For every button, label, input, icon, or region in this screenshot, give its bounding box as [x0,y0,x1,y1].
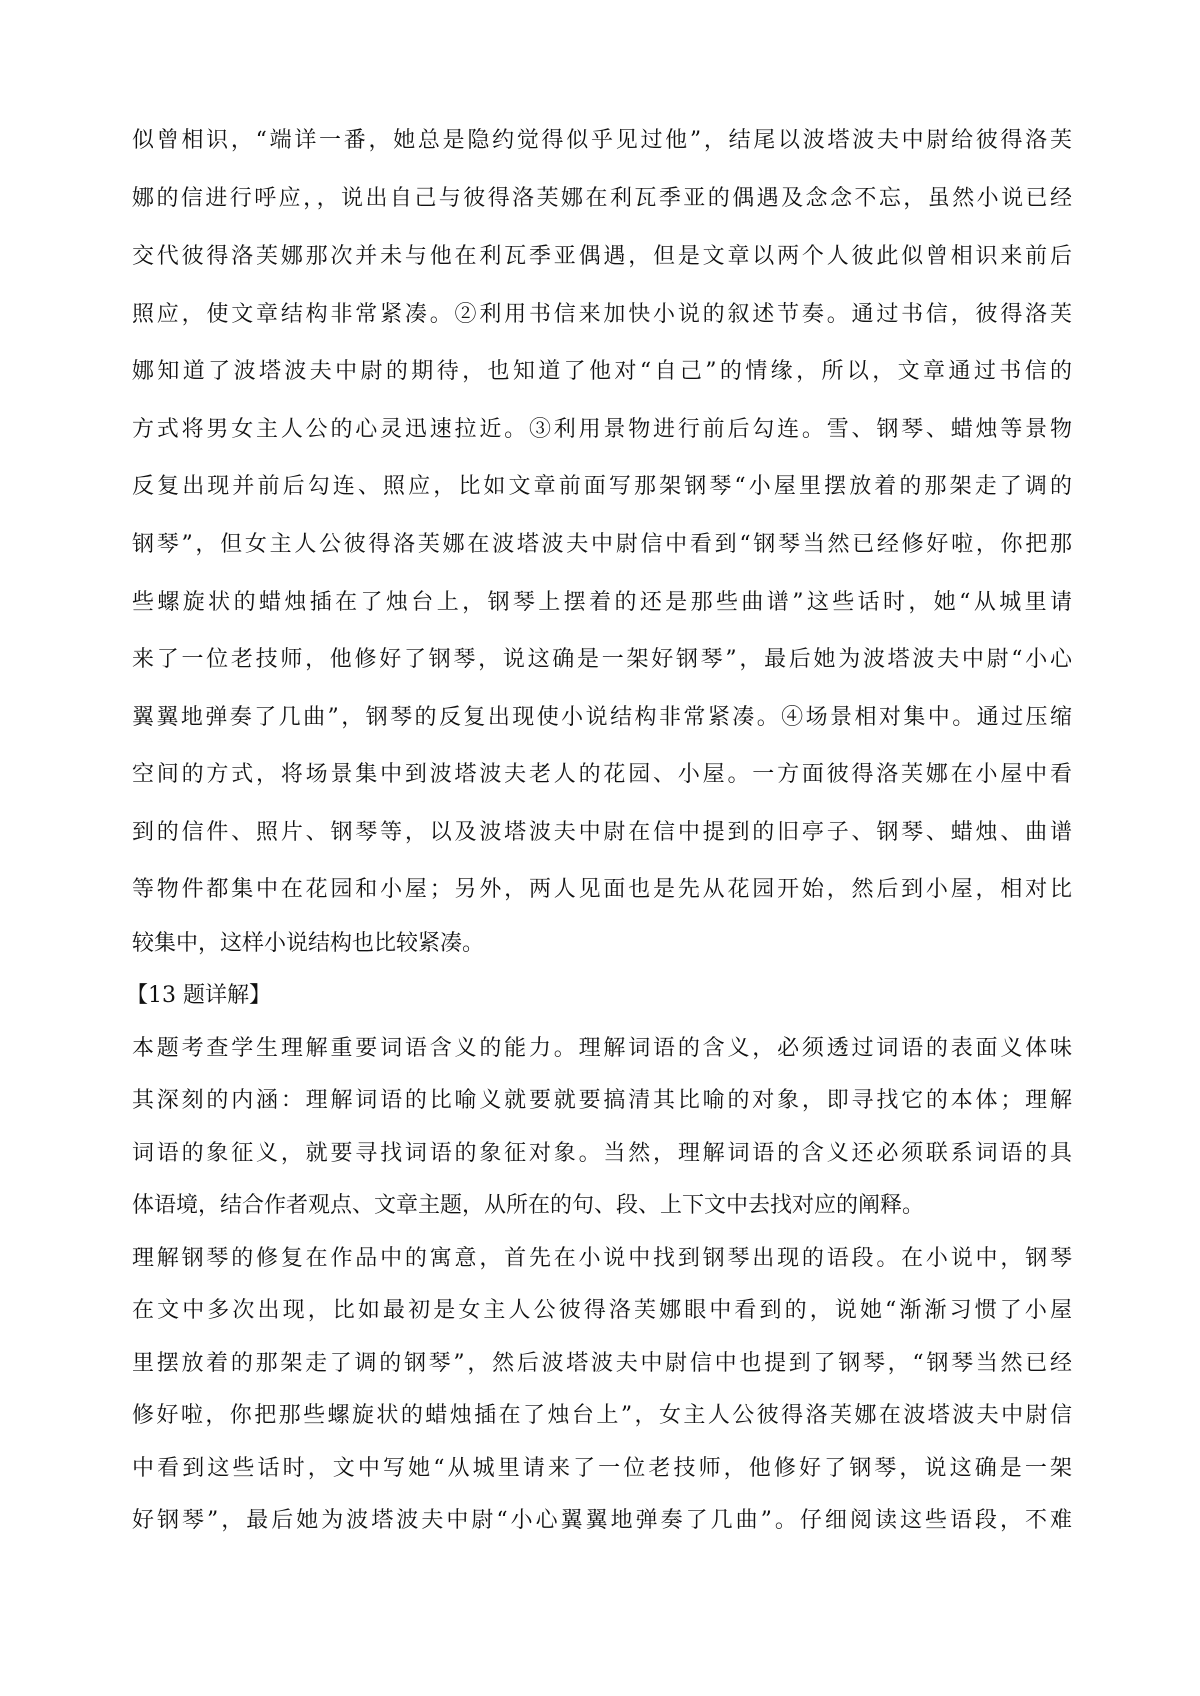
text-line: 等物件都集中在花园和小屋；另外，两人见面也是先从花园开始，然后到小屋，相对比 [132,875,1072,905]
text-line: 方式将男女主人公的心灵迅速拉近。③利用景物进行前后勾连。雪、钢琴、蜡烛等景物 [132,415,1072,445]
text-line: 体语境，结合作者观点、文章主题，从所在的句、段、上下文中去找对应的阐释。 [132,1191,1072,1221]
text-line: 来了一位老技师，他修好了钢琴，说这确是一架好钢琴”，最后她为波塔波夫中尉“小心 [132,645,1072,675]
section-heading: 【13 题详解】 [126,981,1066,1011]
text-line: 交代彼得洛芙娜那次并未与他在利瓦季亚偶遇，但是文章以两个人彼此似曾相识来前后 [132,242,1072,272]
text-line: 娜知道了波塔波夫中尉的期待，也知道了他对“自己”的情缘，所以，文章通过书信的 [132,357,1072,387]
text-line: 到的信件、照片、钢琴等，以及波塔波夫中尉在信中提到的旧亭子、钢琴、蜡烛、曲谱 [132,818,1072,848]
text-line: 似曾相识，“端详一番，她总是隐约觉得似乎见过他”，结尾以波塔波夫中尉给彼得洛芙 [132,126,1072,156]
text-line: 空间的方式，将场景集中到波塔波夫老人的花园、小屋。一方面彼得洛芙娜在小屋中看 [132,760,1072,790]
text-line: 翼翼地弹奏了几曲”，钢琴的反复出现使小说结构非常紧凑。④场景相对集中。通过压缩 [132,703,1072,733]
text-line: 理解钢琴的修复在作品中的寓意，首先在小说中找到钢琴出现的语段。在小说中，钢琴 [132,1244,1072,1274]
text-line: 些螺旋状的蜡烛插在了烛台上，钢琴上摆着的还是那些曲谱”这些话时，她“从城里请 [132,588,1072,618]
text-line: 好钢琴”，最后她为波塔波夫中尉“小心翼翼地弹奏了几曲”。仔细阅读这些语段，不难 [132,1506,1072,1536]
text-line: 本题考查学生理解重要词语含义的能力。理解词语的含义，必须透过词语的表面义体味 [132,1034,1072,1064]
text-line: 钢琴”，但女主人公彼得洛芙娜在波塔波夫中尉信中看到“钢琴当然已经修好啦，你把那 [132,530,1072,560]
text-line: 里摆放着的那架走了调的钢琴”，然后波塔波夫中尉信中也提到了钢琴，“钢琴当然已经 [132,1349,1072,1379]
text-line: 娜的信进行呼应，，说出自己与彼得洛芙娜在利瓦季亚的偶遇及念念不忘，虽然小说已经 [132,184,1072,214]
text-line: 其深刻的内涵：理解词语的比喻义就要就要搞清其比喻的对象，即寻找它的本体；理解 [132,1086,1072,1116]
text-line: 照应，使文章结构非常紧凑。②利用书信来加快小说的叙述节奏。通过书信，彼得洛芙 [132,300,1072,330]
text-line: 中看到这些话时，文中写她“从城里请来了一位老技师，他修好了钢琴，说这确是一架 [132,1454,1072,1484]
text-line: 修好啦，你把那些螺旋状的蜡烛插在了烛台上”，女主人公彼得洛芙娜在波塔波夫中尉信 [132,1401,1072,1431]
text-line: 较集中，这样小说结构也比较紧凑。 [132,929,1072,959]
document-page: 似曾相识，“端详一番，她总是隐约觉得似乎见过他”，结尾以波塔波夫中尉给彼得洛芙娜… [0,0,1200,1696]
text-line: 在文中多次出现，比如最初是女主人公彼得洛芙娜眼中看到的，说她“渐渐习惯了小屋 [132,1296,1072,1326]
text-line: 词语的象征义，就要寻找词语的象征对象。当然，理解词语的含义还必须联系词语的具 [132,1139,1072,1169]
text-line: 反复出现并前后勾连、照应，比如文章前面写那架钢琴“小屋里摆放着的那架走了调的 [132,472,1072,502]
